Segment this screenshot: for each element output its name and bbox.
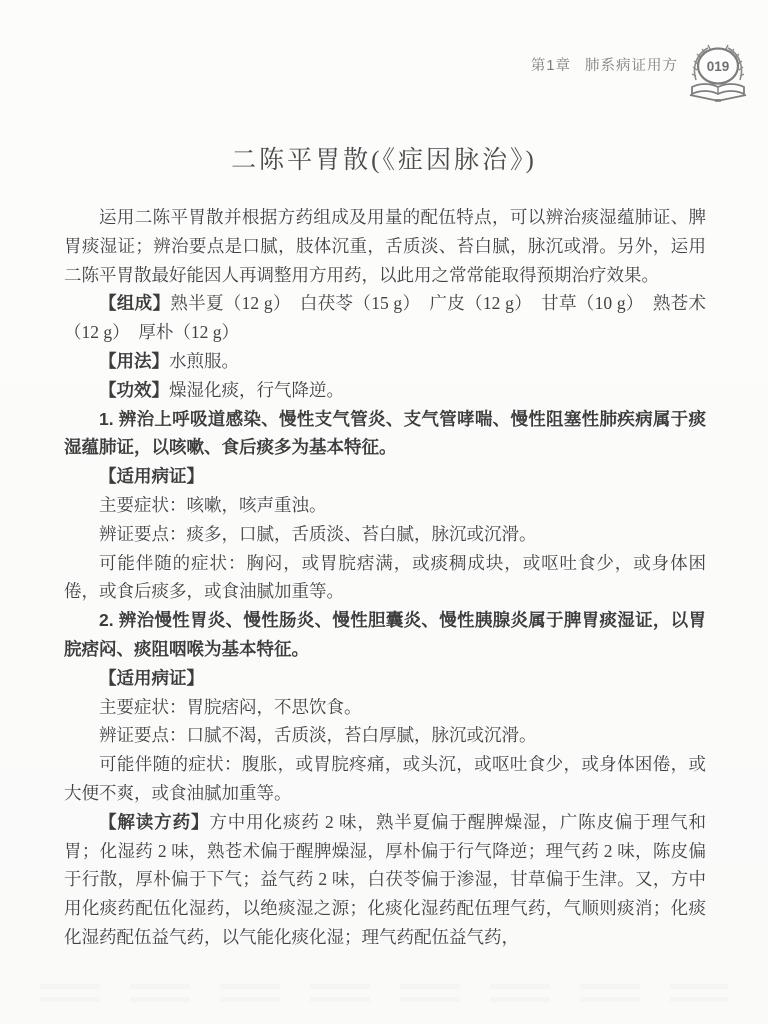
book-laurel-icon: 019 <box>684 40 752 108</box>
effect-label: 【功效】 <box>99 380 169 400</box>
running-head: 第1章肺系病证用方 <box>531 54 678 75</box>
body-text: 运用二陈平胃散并根据方药组成及用量的配伍特点，可以辨治痰湿蕴肺证、脾胃痰湿证；辨… <box>64 203 706 952</box>
indication2-main-symptoms: 主要症状：胃脘痞闷，不思饮食。 <box>64 693 706 722</box>
formula-title: 二陈平胃散(《症因脉治》) <box>0 140 768 176</box>
indication1-main-symptoms: 主要症状：咳嗽，咳声重浊。 <box>64 491 706 520</box>
effect-paragraph: 【功效】燥湿化痰，行气降逆。 <box>64 376 706 405</box>
page-number-emblem: 019 <box>684 40 752 108</box>
intro-paragraph: 运用二陈平胃散并根据方药组成及用量的配伍特点，可以辨治痰湿蕴肺证、脾胃痰湿证；辨… <box>64 203 706 289</box>
applicable-diseases-label: 【适用病证】 <box>99 466 204 486</box>
interpretation-label: 【解读方药】 <box>99 812 209 832</box>
page-header: 第1章肺系病证用方 019 <box>0 40 758 110</box>
intro-text: 运用二陈平胃散并根据方药组成及用量的配伍特点，可以辨治痰湿蕴肺证、脾胃痰湿证；辨… <box>64 207 706 285</box>
indication2-section-label: 【适用病证】 <box>64 664 706 693</box>
composition-label: 【组成】 <box>99 293 170 313</box>
interpretation-text: 方中用化痰药 2 味，熟半夏偏于醒脾燥湿，广陈皮偏于理气和胃；化湿药 2 味，熟… <box>64 812 706 947</box>
composition-paragraph: 【组成】熟半夏（12 g） 白茯苓（15 g） 广皮（12 g） 甘草（10 g… <box>64 289 706 347</box>
chapter-title: 肺系病证用方 <box>585 58 678 74</box>
interpretation-paragraph: 【解读方药】方中用化痰药 2 味，熟半夏偏于醒脾燥湿，广陈皮偏于理气和胃；化湿药… <box>64 808 706 952</box>
indication2-accompanying: 可能伴随的症状：腹胀，或胃脘疼痛，或头沉，或呕吐食少，或身体困倦，或大便不爽，或… <box>64 750 706 808</box>
usage-text: 水煎服。 <box>169 351 239 371</box>
indication2-key-points: 辨证要点：口腻不渴，舌质淡，苔白厚腻，脉沉或沉滑。 <box>64 721 706 750</box>
book-page: 第1章肺系病证用方 019 二陈平胃散(《症因脉治》) 运用二陈平胃散并根据方药 <box>0 0 768 1024</box>
reverse-side-bleed-through <box>40 976 728 1016</box>
indication1-key-points: 辨证要点：痰多，口腻，舌质淡、苔白腻，脉沉或沉滑。 <box>64 520 706 549</box>
indication1-section-label: 【适用病证】 <box>64 462 706 491</box>
chapter-label: 第1章 <box>531 58 571 74</box>
applicable-diseases-label: 【适用病证】 <box>99 668 204 688</box>
indication1-accompanying: 可能伴随的症状：胸闷，或胃脘痞满，或痰稠成块，或呕吐食少，或身体困倦，或食后痰多… <box>64 549 706 607</box>
page-number: 019 <box>707 59 730 74</box>
indication1-heading: 1. 辨治上呼吸道感染、慢性支气管炎、支气管哮喘、慢性阻塞性肺疾病属于痰湿蕴肺证… <box>64 405 706 463</box>
usage-paragraph: 【用法】水煎服。 <box>64 347 706 376</box>
usage-label: 【用法】 <box>99 351 169 371</box>
effect-text: 燥湿化痰，行气降逆。 <box>169 380 344 400</box>
indication2-heading: 2. 辨治慢性胃炎、慢性肠炎、慢性胆囊炎、慢性胰腺炎属于脾胃痰湿证，以胃脘痞闷、… <box>64 606 706 664</box>
